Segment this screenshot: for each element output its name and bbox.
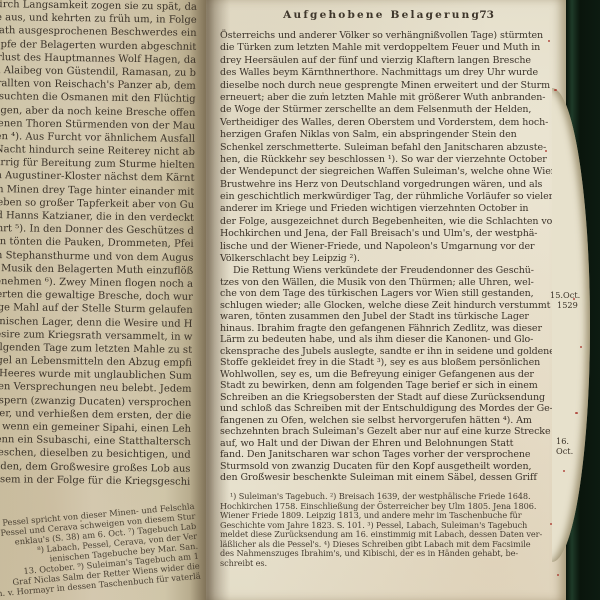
footnote-line: schreibt es. bbox=[220, 559, 550, 569]
text-line: der Folge, ausgezeichnet durch Begebenhe… bbox=[220, 216, 550, 228]
text-line: Vertheidiger des Walles, deren Oberstem … bbox=[220, 117, 550, 129]
text-line: dieselbe noch durch neue gesprengte Mine… bbox=[220, 80, 550, 92]
text-line: des Walles beym Kärnthnerthore. Nachmitt… bbox=[220, 67, 550, 79]
text-line: schlugen wieder; alle Glocken, welche di… bbox=[220, 300, 550, 312]
red-edge-speckle bbox=[545, 150, 547, 152]
footnotes-block: ¹) Suleiman's Tagebuch. ²) Breisach 1639… bbox=[220, 492, 550, 569]
text-line: hen, die Rückkehr sey beschlossen ¹). So… bbox=[220, 154, 550, 166]
red-edge-speckle bbox=[563, 470, 565, 472]
margin-note-date-16-oct: 16. Oct. bbox=[556, 437, 573, 456]
red-edge-speckle bbox=[557, 574, 559, 576]
text-line: herzigen Grafen Niklas von Salm, ein abs… bbox=[220, 129, 550, 141]
text-line: che von dem Tage des türkischen Lagers v… bbox=[220, 288, 550, 300]
text-line: Sturmsold von zwanzig Ducaten für den Ko… bbox=[220, 461, 550, 473]
text-line: Schreiben an die Kriegsobersten der Stad… bbox=[220, 392, 550, 404]
text-line: erneuert; aber die zum letzten Mahle mit… bbox=[220, 92, 550, 104]
red-edge-speckle bbox=[575, 412, 578, 414]
margin-note-date-1529: 15.Oct. 1529 bbox=[550, 291, 580, 310]
text-line: die Türken zum letzten Mahle mit verdopp… bbox=[220, 42, 550, 54]
text-line: Stadt zu bewirken, denn am folgenden Tag… bbox=[220, 380, 550, 392]
margin-note-line: Oct. bbox=[556, 447, 573, 457]
text-line: Die Rettung Wiens verkündete der Freuden… bbox=[220, 265, 550, 277]
running-header: Aufgehobene Belagerung. 73 bbox=[220, 6, 550, 30]
text-line: ckensprache des Jubels auslegte, sandte … bbox=[220, 346, 550, 358]
page-gutter-shadow bbox=[190, 0, 230, 600]
text-line: anderer im Kriege und Frieden wichtigen … bbox=[220, 203, 550, 215]
text-line: den Großwesir beschenkte Suleiman mit ei… bbox=[220, 472, 550, 484]
text-line: fand. Den Janitscharen war schon Tages v… bbox=[220, 449, 550, 461]
right-page: Aufgehobene Belagerung. 73 Österreichs u… bbox=[206, 0, 566, 600]
right-page-text: Aufgehobene Belagerung. 73 Österreichs u… bbox=[220, 0, 550, 569]
chapter-header-title: Aufgehobene Belagerung. bbox=[220, 6, 550, 21]
text-line: der Wendepunct der siegreichen Waffen Su… bbox=[220, 166, 550, 178]
text-line: Hochkirchen und Jena, der Fall Breisach'… bbox=[220, 228, 550, 240]
text-line: Schenkel zerschmetterte. Suleiman befahl… bbox=[220, 142, 550, 154]
text-line: tzes von den Wällen, die Musik von den T… bbox=[220, 277, 550, 289]
red-edge-speckle bbox=[548, 40, 550, 42]
text-line: waren, tönten zusammen den Jubel der Sta… bbox=[220, 311, 550, 323]
page-number: 73 bbox=[479, 9, 494, 21]
red-edge-speckle bbox=[573, 298, 575, 300]
red-edge-speckle bbox=[554, 89, 557, 91]
body-paragraph-2: Die Rettung Wiens verkündete der Freuden… bbox=[220, 265, 550, 484]
left-page: ste. Durch Langsamkeit zogen sie zu spät… bbox=[0, 0, 206, 600]
text-line: Österreichs und anderer Völker so verhän… bbox=[220, 30, 550, 42]
red-edge-speckle bbox=[550, 523, 552, 525]
left-page-footnotes: ⁶) Pessel spricht von dieser Minen- und … bbox=[0, 500, 206, 600]
text-line: Völkerschlacht bey Leipzig ²). bbox=[220, 253, 550, 265]
text-line: fangenen zu Ofen, welchen sie selbst her… bbox=[220, 415, 550, 427]
text-line: ein geschichtlich merkwürdiger Tag, der … bbox=[220, 191, 550, 203]
text-line: Stoffe gekleidet frey in die Stadt ³), s… bbox=[220, 357, 550, 369]
text-line: lische und der Wiener-Friede, und Napole… bbox=[220, 241, 550, 253]
text-line: Lärm zu bedeuten habe, und als ihm diese… bbox=[220, 334, 550, 346]
body-paragraph-1: Österreichs und anderer Völker so verhän… bbox=[220, 30, 550, 265]
text-line: drey Heersäulen auf der fünf und vierzig… bbox=[220, 55, 550, 67]
text-line: auf, wo Halt und der Diwan der Ehren und… bbox=[220, 438, 550, 450]
margin-note-line: 1529 bbox=[557, 301, 580, 311]
left-page-text: ste. Durch Langsamkeit zogen sie zu spät… bbox=[0, 0, 206, 489]
text-line: sechzehnten brach Suleiman's Gezelt aber… bbox=[220, 426, 550, 438]
book-photo: ste. Durch Langsamkeit zogen sie zu spät… bbox=[0, 0, 600, 600]
text-line: Brustwehre ins Herz von Deutschland vorg… bbox=[220, 179, 550, 191]
text-line: Wohlwollen, sey es, um die Befreyung ein… bbox=[220, 369, 550, 381]
red-edge-speckle bbox=[580, 346, 582, 348]
text-line: und schloß das Schreiben mit der Entschu… bbox=[220, 403, 550, 415]
text-line: de Woge der Stürmer zerschellte an dem F… bbox=[220, 104, 550, 116]
text-line: hinaus. Ibrahim fragte den gefangenen Fä… bbox=[220, 323, 550, 335]
footnote-line: des Nahmenszuges Ibrahim's, und Kibischi… bbox=[220, 549, 550, 559]
